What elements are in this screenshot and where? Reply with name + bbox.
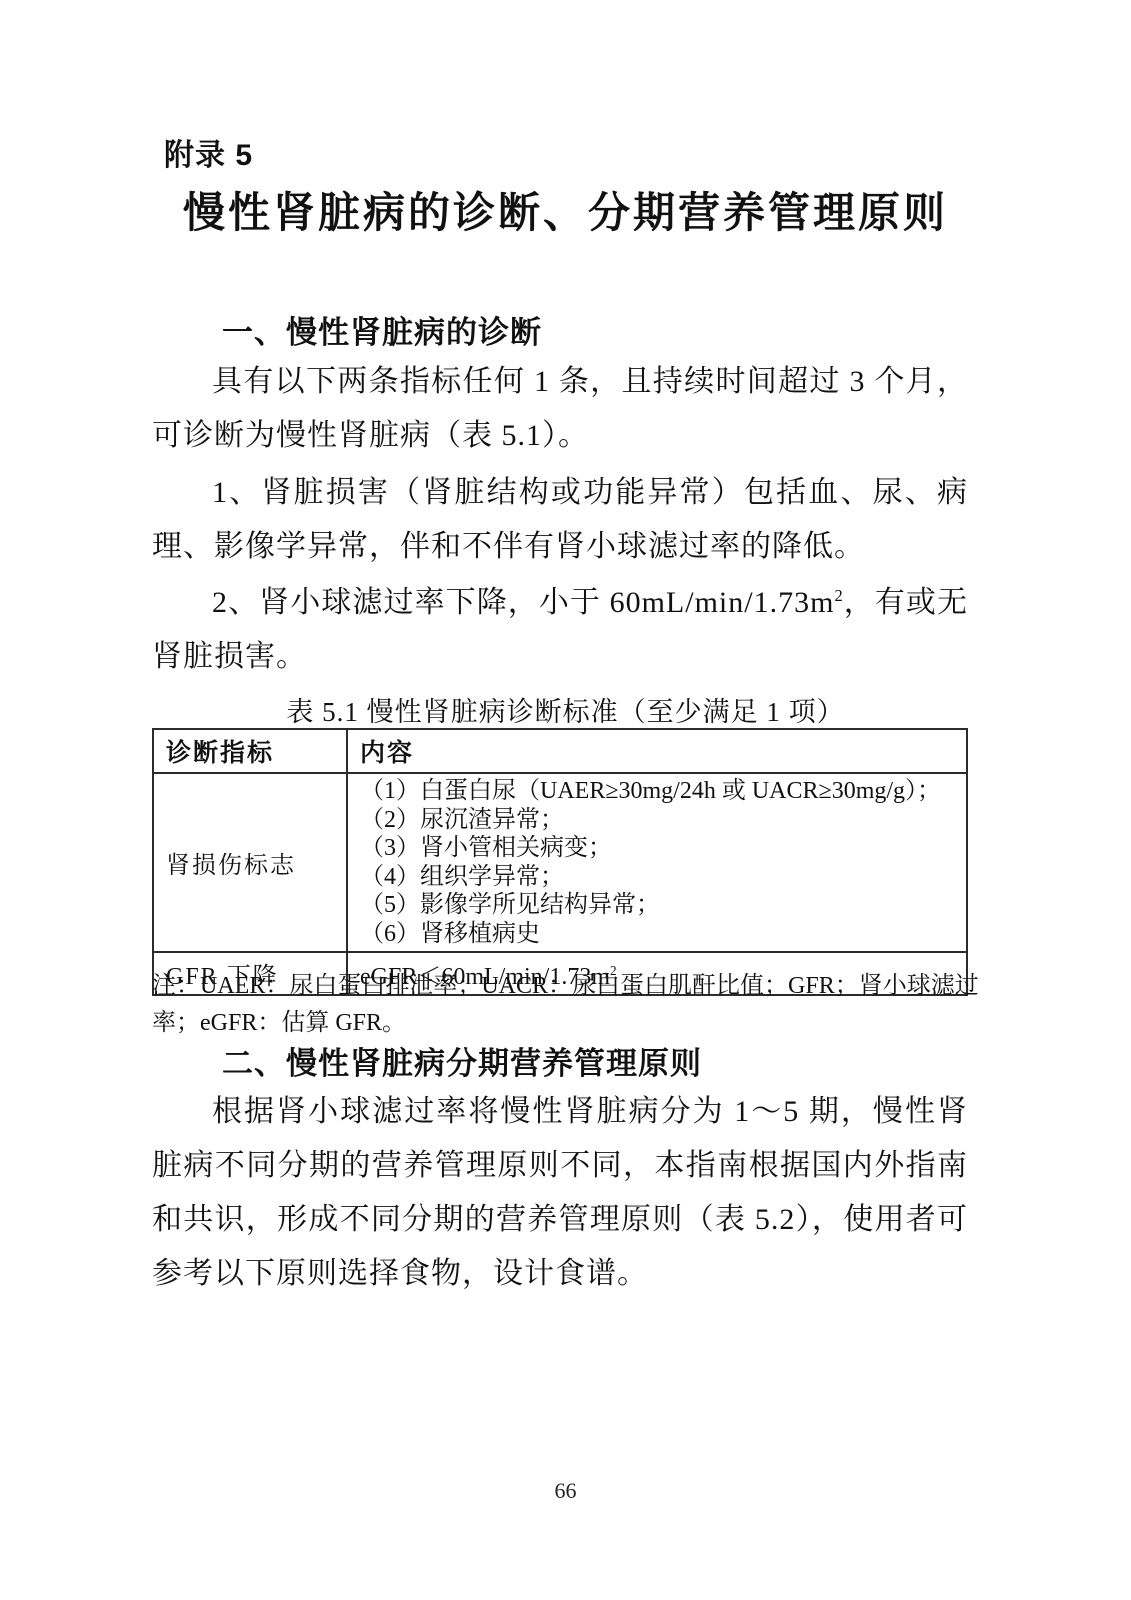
- column-header-content: 内容: [347, 729, 967, 773]
- row-label-kidney-damage: 肾损伤标志: [153, 773, 347, 952]
- table-row: 肾损伤标志 （1）白蛋白尿（UAER≥30mg/24h 或 UACR≥30mg/…: [153, 773, 967, 952]
- section1-paragraph-2: 1、肾脏损害（肾脏结构或功能异常）包括血、尿、病理、影像学异常，伴和不伴有肾小球…: [152, 466, 968, 574]
- list-item: （1）白蛋白尿（UAER≥30mg/24h 或 UACR≥30mg/g）；: [360, 777, 954, 806]
- page-number: 66: [0, 1478, 1131, 1504]
- kidney-damage-items-cell: （1）白蛋白尿（UAER≥30mg/24h 或 UACR≥30mg/g）； （2…: [347, 773, 967, 952]
- section1-heading: 一、慢性肾脏病的诊断: [222, 307, 542, 352]
- list-item: （5）影像学所见结构异常；: [360, 891, 954, 920]
- paragraph-3-text: 2、肾小球滤过率下降，小于 60mL/min/1.73m: [212, 586, 834, 619]
- list-item: （2）尿沉渣异常；: [360, 806, 954, 835]
- table-header-row: 诊断指标 内容: [153, 729, 967, 773]
- document-page: { "page": { "appendix_label": "附录 5", "t…: [0, 0, 1131, 1600]
- section2-paragraph-1: 根据肾小球滤过率将慢性肾脏病分为 1～5 期，慢性肾脏病不同分期的营养管理原则不…: [152, 1085, 968, 1301]
- page-title: 慢性肾脏病的诊断、分期营养管理原则: [0, 180, 1131, 240]
- superscript-2: 2: [834, 586, 843, 605]
- table-footnote: 注：UAER：尿白蛋白排泄率；UACR：尿白蛋白肌酐比值；GFR；肾小球滤过率；…: [152, 968, 982, 1042]
- list-item: （3）肾小管相关病变；: [360, 834, 954, 863]
- list-item: （4）组织学异常；: [360, 863, 954, 892]
- list-item: （6）肾移植病史: [360, 920, 954, 949]
- appendix-label: 附录 5: [164, 130, 253, 174]
- column-header-indicator: 诊断指标: [153, 729, 347, 773]
- section1-paragraph-3: 2、肾小球滤过率下降，小于 60mL/min/1.73m2，有或无肾脏损害。: [152, 576, 968, 684]
- section2-heading: 二、慢性肾脏病分期营养管理原则: [222, 1038, 702, 1083]
- diagnosis-criteria-table: 诊断指标 内容 肾损伤标志 （1）白蛋白尿（UAER≥30mg/24h 或 UA…: [152, 728, 968, 996]
- table-caption: 表 5.1 慢性肾脏病诊断标准（至少满足 1 项）: [0, 690, 1131, 729]
- section1-paragraph-1: 具有以下两条指标任何 1 条，且持续时间超过 3 个月，可诊断为慢性肾脏病（表 …: [152, 355, 968, 463]
